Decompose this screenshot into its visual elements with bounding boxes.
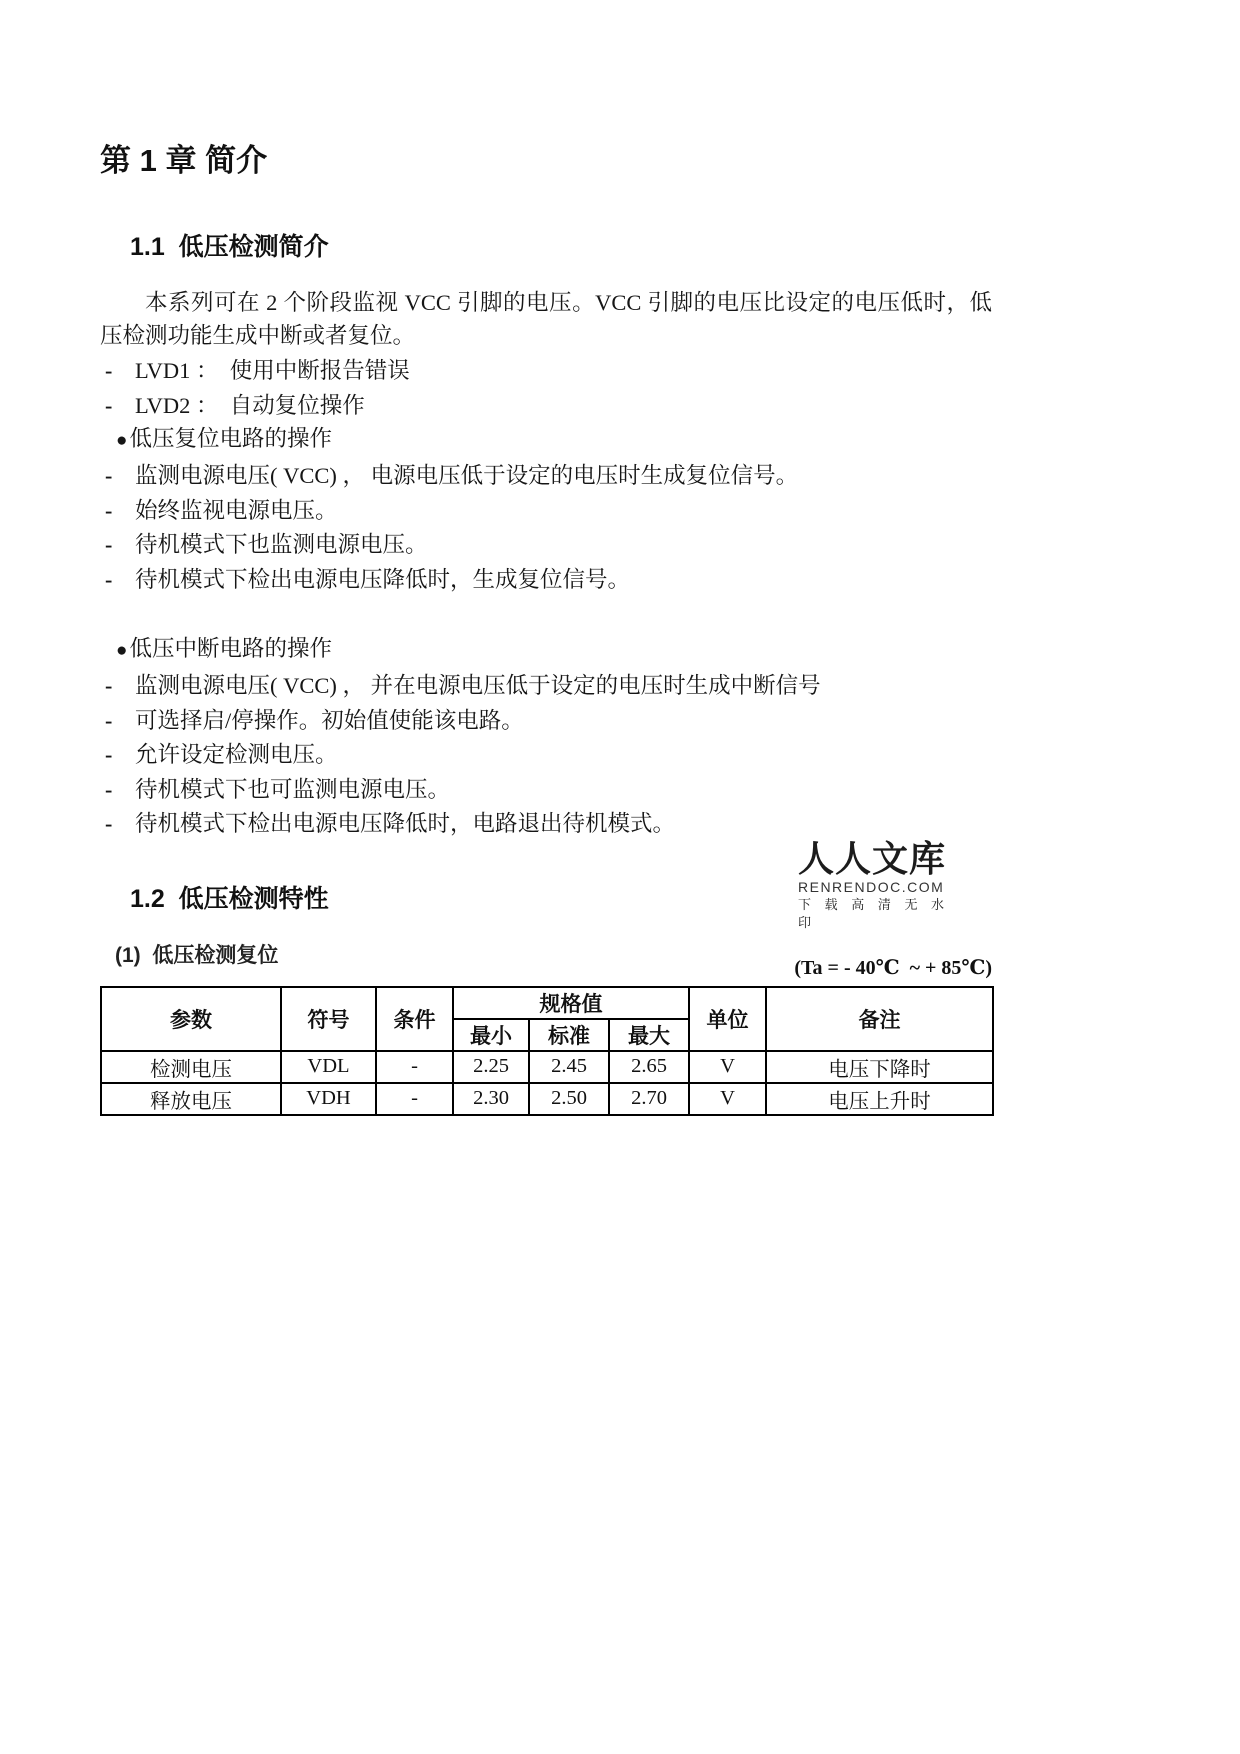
cell-symbol: VDH <box>281 1083 376 1115</box>
interrupt-block-title: ● 低压中断电路的操作 <box>100 633 992 667</box>
cell-max: 2.65 <box>609 1051 689 1083</box>
list-item: - LVD1 ： 使用中断报告错误 <box>100 354 992 389</box>
watermark-domain: RENRENDOC.COM <box>798 878 968 896</box>
list-item: - 待机模式下也可监测电源电压。 <box>100 773 992 808</box>
dash-bullet-icon: - <box>105 738 135 773</box>
document-page: 第 1 章 简介 1.1 低压检测简介 本系列可在 2 个阶段监视 VCC 引脚… <box>0 0 1240 1754</box>
cell-typ: 2.45 <box>529 1051 609 1083</box>
col-header-unit: 单位 <box>689 987 766 1051</box>
intro-paragraph: 本系列可在 2 个阶段监视 VCC 引脚的电压。VCC 引脚的电压比设定的电压低… <box>100 286 992 352</box>
col-header-symbol: 符号 <box>281 987 376 1051</box>
list-item: - 待机模式下也监测电源电压。 <box>100 528 992 563</box>
table-row: 检测电压 VDL - 2.25 2.45 2.65 V 电压下降时 <box>101 1051 993 1083</box>
list-item-text: 允许设定检测电压。 <box>135 738 338 773</box>
list-item: - 可选择启/停操作。初始值使能该电路。 <box>100 704 992 739</box>
cell-typ: 2.50 <box>529 1083 609 1115</box>
list-item-text: 始终监视电源电压。 <box>135 494 338 529</box>
cell-condition: - <box>376 1083 453 1115</box>
cell-min: 2.30 <box>453 1083 529 1115</box>
dash-bullet-icon: - <box>105 528 135 563</box>
col-header-param: 参数 <box>101 987 281 1051</box>
dash-bullet-icon: - <box>105 354 135 389</box>
list-item-text: LVD2 ： 自动复位操作 <box>135 389 365 424</box>
col-header-typ: 标准 <box>529 1019 609 1051</box>
block-title-text: 低压复位电路的操作 <box>129 423 332 455</box>
col-header-max: 最大 <box>609 1019 689 1051</box>
cell-unit: V <box>689 1051 766 1083</box>
dot-bullet-icon: ● <box>116 635 127 667</box>
list-item: - 允许设定检测电压。 <box>100 738 992 773</box>
lvd-list: - LVD1 ： 使用中断报告错误 - LVD2 ： 自动复位操作 <box>100 354 992 423</box>
cell-condition: - <box>376 1051 453 1083</box>
cell-max: 2.70 <box>609 1083 689 1115</box>
list-item-text: 待机模式下也监测电源电压。 <box>135 528 428 563</box>
interrupt-block-list: - 监测电源电压( VCC) ， 并在电源电压低于设定的电压时生成中断信号 - … <box>100 669 992 842</box>
renrendoc-watermark: 人人文库 RENRENDOC.COM 下 载 高 清 无 水 印 <box>798 840 968 932</box>
list-item: - 监测电源电压( VCC) ， 电源电压低于设定的电压时生成复位信号。 <box>100 459 992 494</box>
list-item-text: 待机模式下也可监测电源电压。 <box>135 773 450 808</box>
dash-bullet-icon: - <box>105 563 135 598</box>
list-item: - 待机模式下检出电源电压降低时，电路退出待机模式。 <box>100 807 992 842</box>
col-header-min: 最小 <box>453 1019 529 1051</box>
watermark-logo-text: 人人文库 <box>798 840 968 878</box>
list-item: - 始终监视电源电压。 <box>100 494 992 529</box>
dash-bullet-icon: - <box>105 669 135 704</box>
section-1-1-heading: 1.1 低压检测简介 <box>130 230 992 264</box>
list-item-text: 待机模式下检出电源电压降低时，电路退出待机模式。 <box>135 807 675 842</box>
col-header-spec-group: 规格值 <box>453 987 689 1019</box>
dash-bullet-icon: - <box>105 704 135 739</box>
list-item: - LVD2 ： 自动复位操作 <box>100 389 992 424</box>
list-item: - 待机模式下检出电源电压降低时，生成复位信号。 <box>100 563 992 598</box>
dash-bullet-icon: - <box>105 459 135 494</box>
list-item-text: 监测电源电压( VCC) ， 并在电源电压低于设定的电压时生成中断信号 <box>135 669 821 704</box>
table-row: 释放电压 VDH - 2.30 2.50 2.70 V 电压上升时 <box>101 1083 993 1115</box>
reset-block-title: ● 低压复位电路的操作 <box>100 423 992 457</box>
dash-bullet-icon: - <box>105 389 135 424</box>
list-item-text: 监测电源电压( VCC) ， 电源电压低于设定的电压时生成复位信号。 <box>135 459 798 494</box>
dash-bullet-icon: - <box>105 807 135 842</box>
cell-param: 检测电压 <box>101 1051 281 1083</box>
dot-bullet-icon: ● <box>116 425 127 457</box>
list-item-text: 待机模式下检出电源电压降低时，生成复位信号。 <box>135 563 630 598</box>
list-item-text: 可选择启/停操作。初始值使能该电路。 <box>135 704 524 739</box>
reset-block-list: - 监测电源电压( VCC) ， 电源电压低于设定的电压时生成复位信号。 - 始… <box>100 459 992 597</box>
spec-table: 参数 符号 条件 规格值 单位 备注 最小 标准 最大 检测电压 VDL - 2… <box>100 986 994 1116</box>
col-header-remark: 备注 <box>766 987 993 1051</box>
cell-remark: 电压下降时 <box>766 1051 993 1083</box>
chapter-title: 第 1 章 简介 <box>100 140 992 182</box>
dash-bullet-icon: - <box>105 494 135 529</box>
cell-param: 释放电压 <box>101 1083 281 1115</box>
cell-symbol: VDL <box>281 1051 376 1083</box>
cell-unit: V <box>689 1083 766 1115</box>
cell-min: 2.25 <box>453 1051 529 1083</box>
block-title-text: 低压中断电路的操作 <box>129 633 332 665</box>
content-column: 第 1 章 简介 1.1 低压检测简介 本系列可在 2 个阶段监视 VCC 引脚… <box>100 140 992 1116</box>
list-item-text: LVD1 ： 使用中断报告错误 <box>135 354 410 389</box>
list-item: - 监测电源电压( VCC) ， 并在电源电压低于设定的电压时生成中断信号 <box>100 669 992 704</box>
dash-bullet-icon: - <box>105 773 135 808</box>
col-header-condition: 条件 <box>376 987 453 1051</box>
watermark-tagline: 下 载 高 清 无 水 印 <box>798 896 968 932</box>
cell-remark: 电压上升时 <box>766 1083 993 1115</box>
